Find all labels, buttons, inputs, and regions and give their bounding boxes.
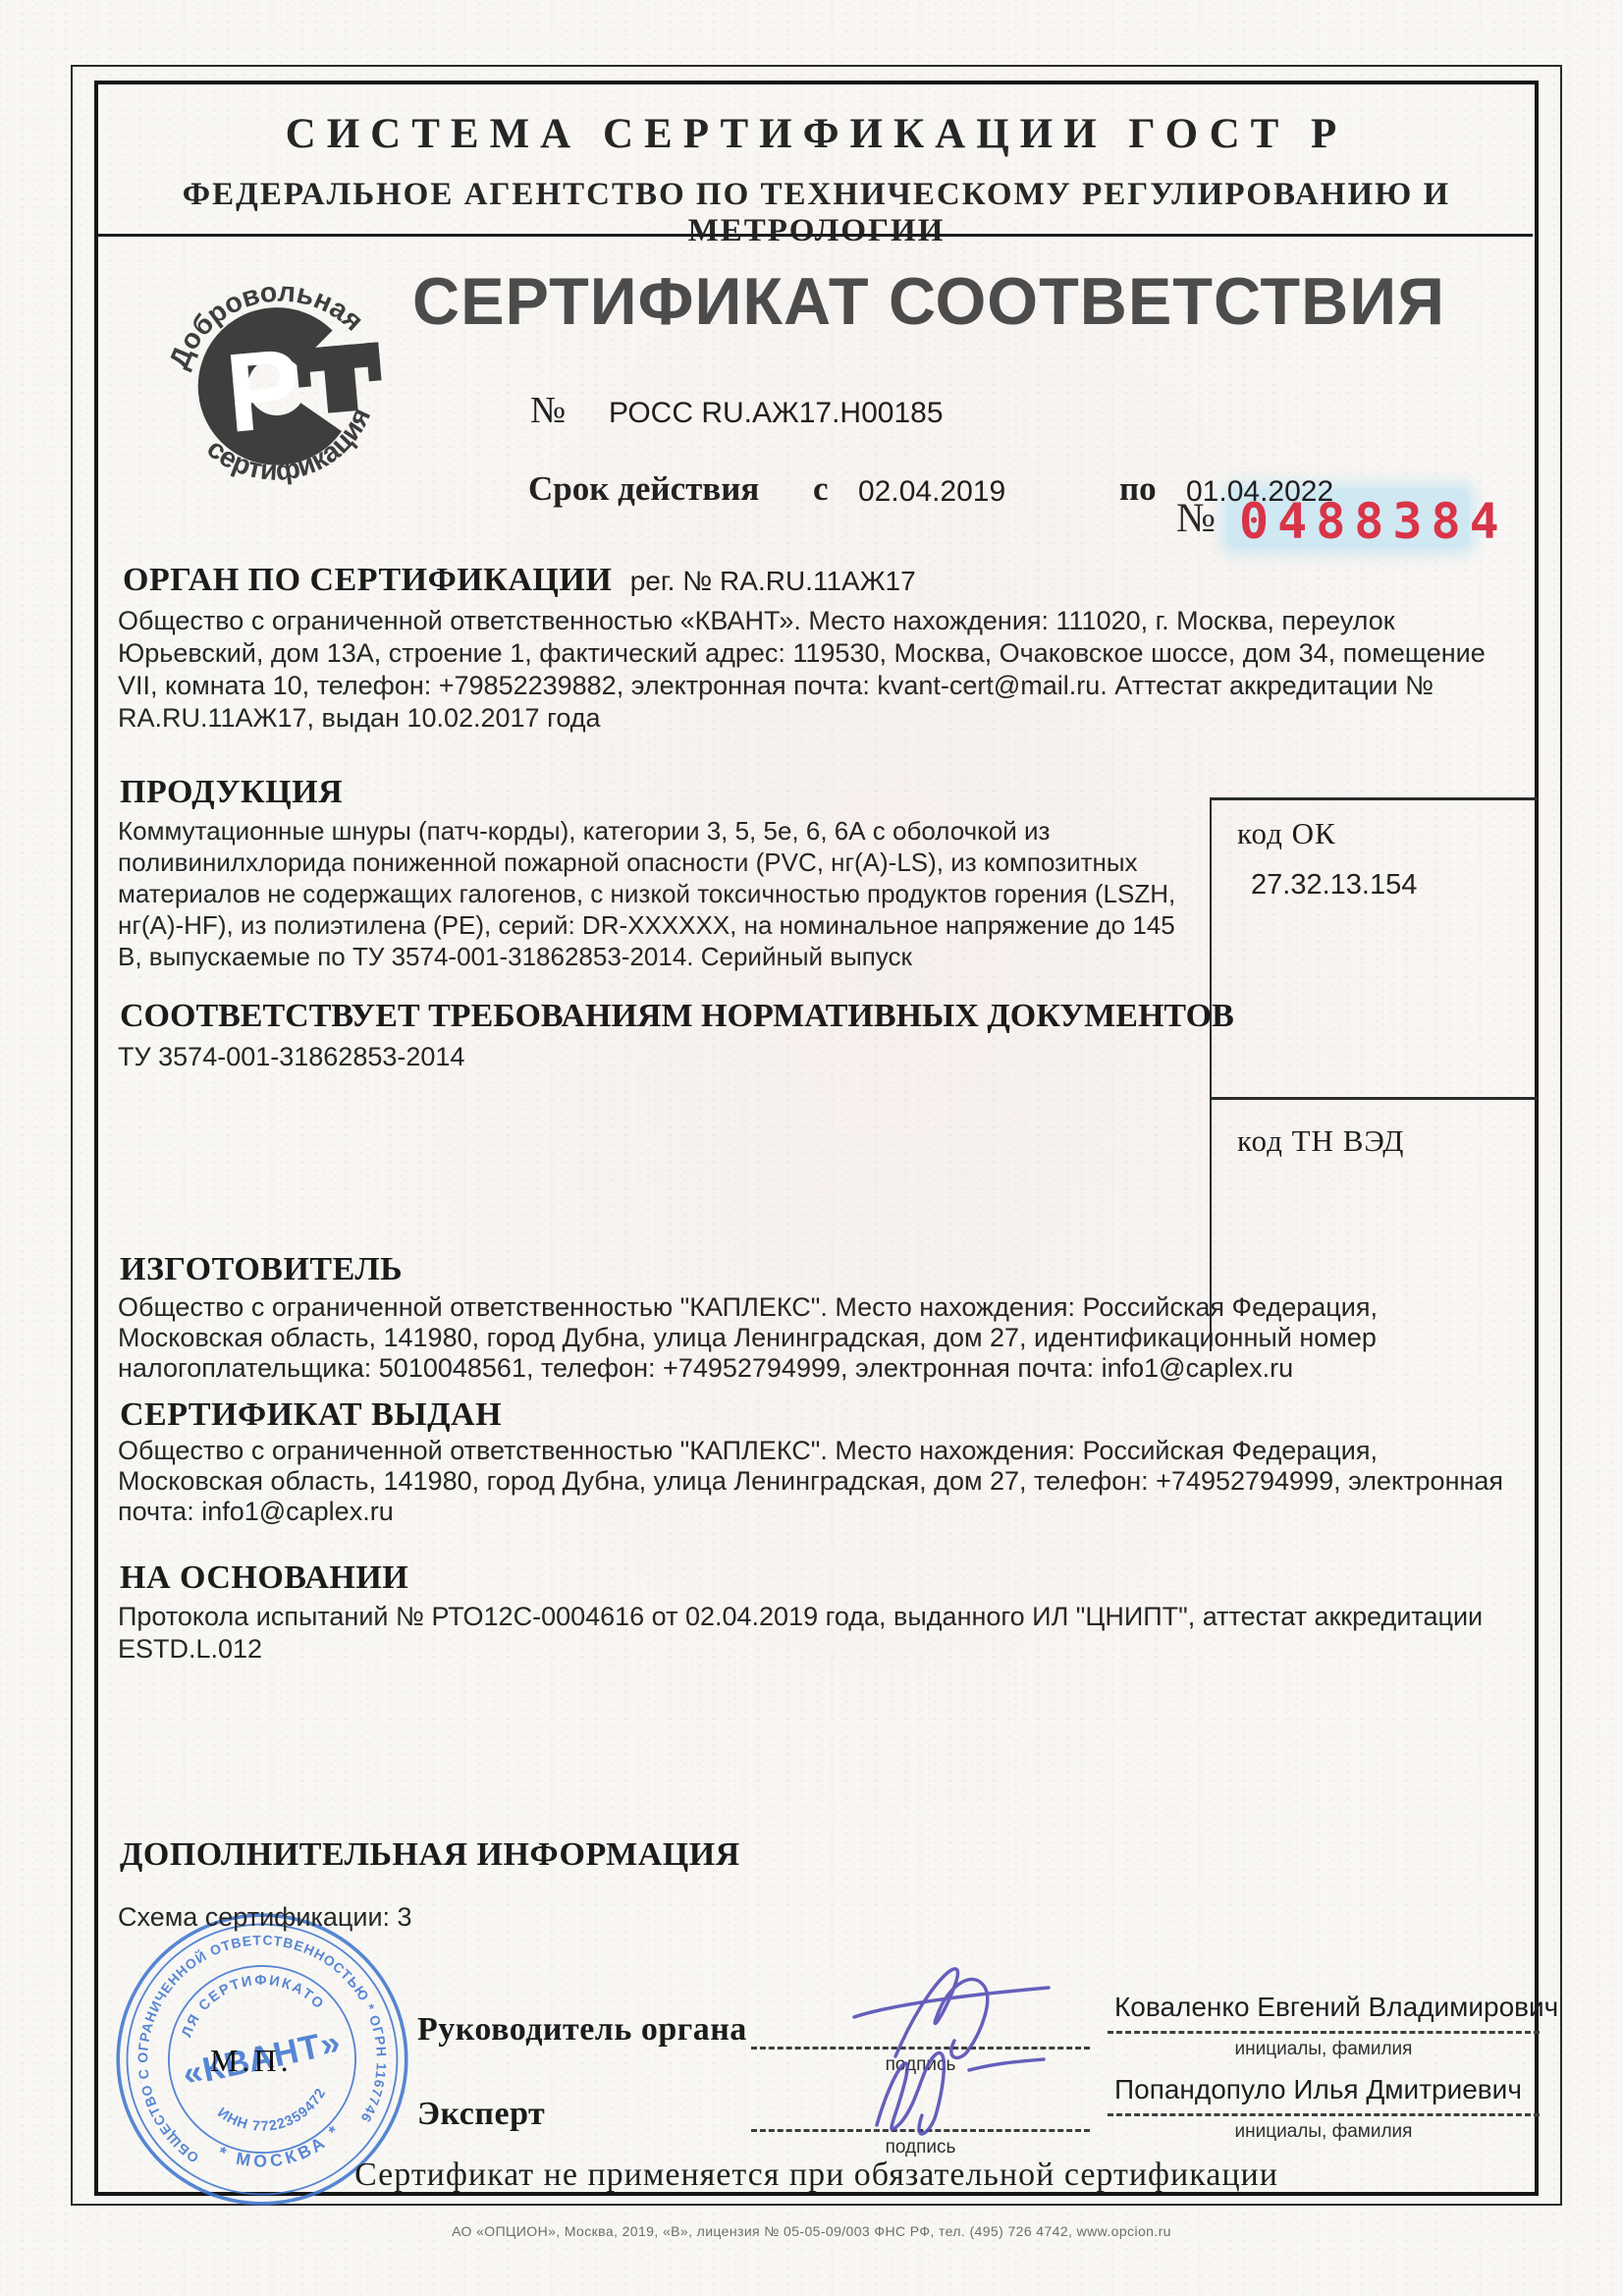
expert-name-line	[1108, 2113, 1540, 2116]
head-name: Коваленко Евгений Владимирович	[1114, 1992, 1558, 2023]
head-label: Руководитель органа	[417, 2011, 747, 2049]
expert-label: Эксперт	[417, 2096, 545, 2133]
head-name-caption: инициалы, фамилия	[1108, 2039, 1540, 2060]
header-rule	[98, 234, 1533, 237]
org-body: Общество с ограниченной ответственностью…	[118, 605, 1517, 735]
cert-number: РОСС RU.АЖ17.Н00185	[609, 397, 944, 430]
compliance-heading: СООТВЕТСТВУЕТ ТРЕБОВАНИЯМ НОРМАТИВНЫХ ДО…	[120, 998, 1234, 1035]
logo-letter-r: Р	[221, 326, 306, 457]
ok-code-label: код ОК	[1237, 816, 1538, 851]
validity-from-date: 02.04.2019	[858, 475, 1005, 509]
validity-from-label: с	[813, 469, 829, 509]
section-org: ОРГАН ПО СЕРТИФИКАЦИИ рег. № RA.RU.11АЖ1…	[123, 562, 916, 599]
agency-title: ФЕДЕРАЛЬНОЕ АГЕНТСТВО ПО ТЕХНИЧЕСКОМУ РЕ…	[98, 177, 1535, 249]
certificate-page: СИСТЕМА СЕРТИФИКАЦИИ ГОСТ Р ФЕДЕРАЛЬНОЕ …	[0, 0, 1623, 2296]
production-body: Коммутационные шнуры (патч-корды), катег…	[118, 815, 1198, 972]
basis-body: Протокола испытаний № РТО12С-0004616 от …	[118, 1601, 1517, 1666]
expert-name-caption: инициалы, фамилия	[1108, 2121, 1540, 2143]
validity-label: Срок действия	[528, 469, 759, 509]
rst-logo: Добровольная сертификация Р	[147, 249, 406, 509]
blank-number-label: №	[1176, 495, 1216, 542]
certificate-title: СЕРТИФИКАТ СООТВЕТСТВИЯ	[412, 263, 1445, 340]
blank-number: 0488384	[1239, 493, 1508, 550]
logo-letter-t	[296, 342, 384, 415]
issued-body: Общество с ограниченной ответственностью…	[118, 1436, 1517, 1527]
system-title: СИСТЕМА СЕРТИФИКАЦИИ ГОСТ Р	[98, 110, 1535, 158]
expert-signature	[820, 2031, 1075, 2144]
extra-body: Схема сертификации: 3	[118, 1901, 1001, 1934]
compliance-body: ТУ 3574-001-31862853-2014	[118, 1041, 1198, 1073]
print-imprint: АО «ОПЦИОН», Москва, 2019, «В», лицензия…	[0, 2223, 1623, 2239]
org-reg-number: рег. № RA.RU.11АЖ17	[630, 566, 916, 596]
extra-heading: ДОПОЛНИТЕЛЬНАЯ ИНФОРМАЦИЯ	[120, 1836, 740, 1874]
tnved-code-label: код ТН ВЭД	[1237, 1123, 1538, 1159]
issued-heading: СЕРТИФИКАТ ВЫДАН	[120, 1396, 502, 1434]
mp-label: М.П.	[210, 2043, 293, 2079]
validity-to-label: по	[1119, 469, 1157, 509]
expert-name: Попандопуло Илья Дмитриевич	[1114, 2074, 1522, 2105]
org-heading: ОРГАН ПО СЕРТИФИКАЦИИ	[123, 562, 612, 598]
footnote: Сертификат не применяется при обязательн…	[98, 2157, 1535, 2194]
production-heading: ПРОДУКЦИЯ	[120, 774, 343, 811]
manufacturer-body: Общество с ограниченной ответственностью…	[118, 1292, 1517, 1384]
ok-code-value: 27.32.13.154	[1251, 869, 1538, 902]
cert-number-label: №	[530, 389, 566, 432]
manufacturer-heading: ИЗГОТОВИТЕЛЬ	[120, 1251, 403, 1288]
basis-heading: НА ОСНОВАНИИ	[120, 1559, 408, 1597]
head-name-line	[1108, 2031, 1540, 2034]
